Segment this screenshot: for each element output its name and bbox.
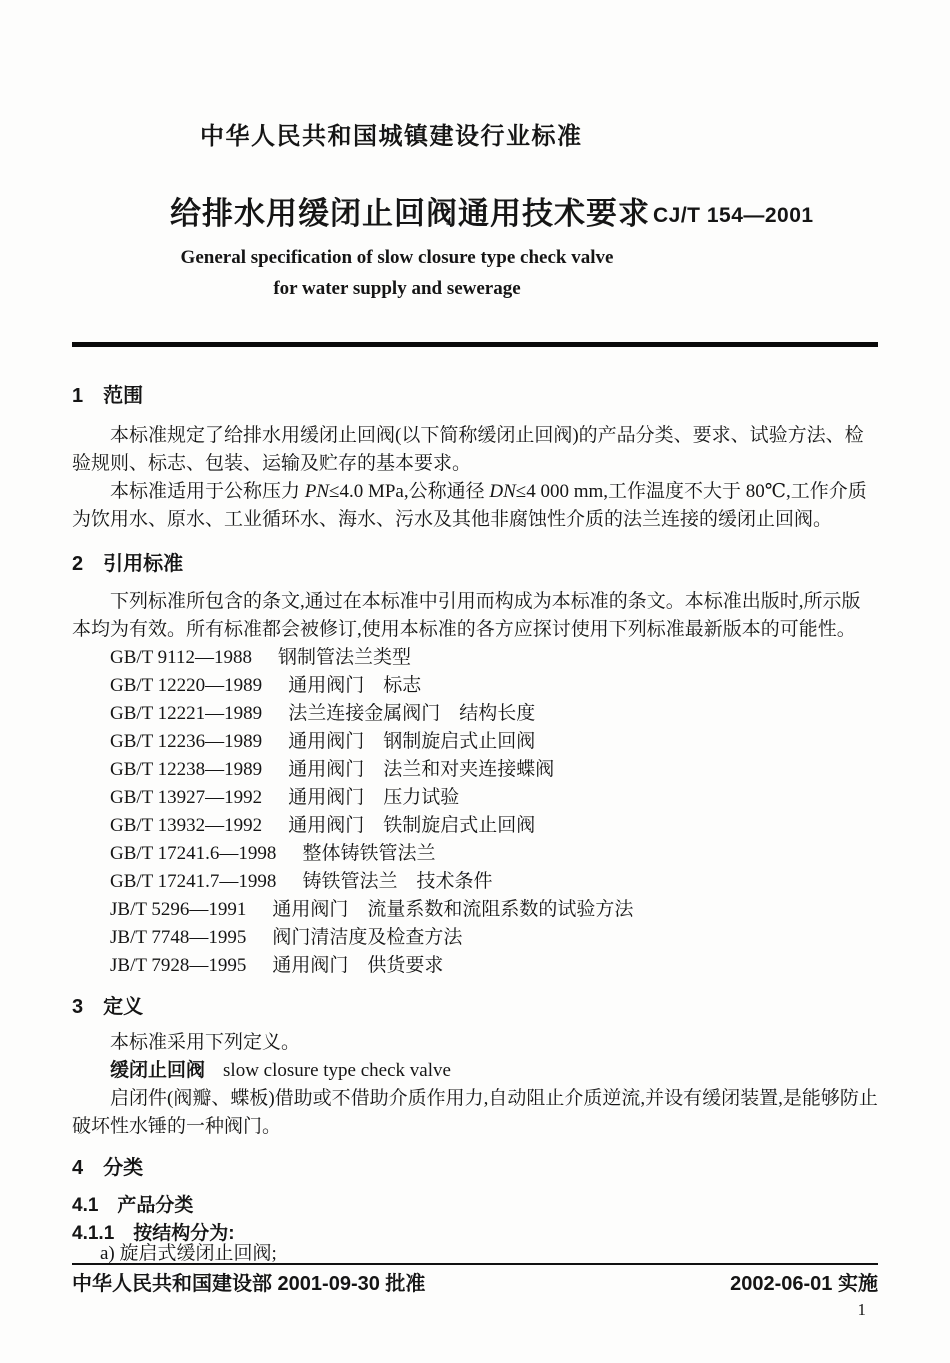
section-heading-references: 2 引用标准: [72, 550, 878, 578]
scope-p2-part2: ≤4.0 MPa,公称通径: [329, 481, 489, 502]
reference-code: JB/T 5296—1991: [110, 899, 246, 920]
reference-item: GB/T 12220—1989通用阀门 标志: [110, 672, 878, 700]
document-title-en-line2: for water supply and sewerage: [72, 278, 722, 300]
definition-term-cn: 缓闭止回阀: [110, 1060, 205, 1081]
definitions-intro: 本标准采用下列定义。: [72, 1029, 878, 1057]
reference-item: GB/T 13932—1992通用阀门 铁制旋启式止回阀: [110, 812, 878, 840]
reference-item: GB/T 17241.7—1998铸铁管法兰 技术条件: [110, 868, 878, 896]
standard-category-line: 中华人民共和国城镇建设行业标准: [200, 116, 583, 151]
reference-item: GB/T 13927—1992通用阀门 压力试验: [110, 784, 878, 812]
reference-title: 通用阀门 铁制旋启式止回阀: [288, 815, 535, 836]
reference-title: 整体铸铁管法兰: [302, 843, 435, 864]
reference-title: 通用阀门 压力试验: [288, 787, 459, 808]
reference-title: 通用阀门 标志: [288, 675, 421, 696]
references-list: GB/T 9112—1988钢制管法兰类型 GB/T 12220—1989通用阀…: [110, 644, 878, 980]
reference-item: GB/T 12238—1989通用阀门 法兰和对夹连接蝶阀: [110, 756, 878, 784]
symbol-dn: DN: [489, 481, 515, 502]
reference-item: JB/T 5296—1991通用阀门 流量系数和流阻系数的试验方法: [110, 896, 878, 924]
scope-paragraph-2: 本标准适用于公称压力 PN≤4.0 MPa,公称通径 DN≤4 000 mm,工…: [72, 478, 878, 534]
reference-item: GB/T 12236—1989通用阀门 钢制旋启式止回阀: [110, 728, 878, 756]
reference-code: GB/T 12238—1989: [110, 759, 262, 780]
footer-row: 中华人民共和国建设部 2001-09-30 批准 2002-06-01 实施: [72, 1270, 878, 1298]
reference-item: GB/T 9112—1988钢制管法兰类型: [110, 644, 878, 672]
definition-term-en: slow closure type check valve: [223, 1060, 451, 1081]
reference-title: 通用阀门 供货要求: [272, 955, 443, 976]
reference-code: GB/T 12220—1989: [110, 675, 262, 696]
reference-code: GB/T 17241.6—1998: [110, 843, 276, 864]
reference-code: GB/T 9112—1988: [110, 647, 252, 668]
reference-title: 阀门清洁度及检查方法: [272, 927, 462, 948]
reference-title: 法兰连接金属阀门 结构长度: [288, 703, 535, 724]
reference-item: JB/T 7928—1995通用阀门 供货要求: [110, 952, 878, 980]
subsection-4-1: 4.1 产品分类: [72, 1192, 878, 1220]
reference-item: JB/T 7748—1995阀门清洁度及检查方法: [110, 924, 878, 952]
implementation-notice: 2002-06-01 实施: [730, 1270, 878, 1298]
scope-p2-part1: 本标准适用于公称压力: [110, 481, 305, 502]
approval-notice: 中华人民共和国建设部 2001-09-30 批准: [72, 1270, 425, 1298]
reference-code: JB/T 7928—1995: [110, 955, 246, 976]
reference-code: GB/T 13932—1992: [110, 815, 262, 836]
section-heading-definitions: 3 定义: [72, 993, 878, 1021]
reference-title: 通用阀门 钢制旋启式止回阀: [288, 731, 535, 752]
section-heading-scope: 1 范围: [72, 382, 878, 410]
reference-code: JB/T 7748—1995: [110, 927, 246, 948]
definition-term-line: 缓闭止回阀slow closure type check valve: [72, 1057, 878, 1085]
reference-code: GB/T 12221—1989: [110, 703, 262, 724]
document-title-cn: 给排水用缓闭止回阀通用技术要求: [170, 188, 650, 233]
reference-title: 通用阀门 法兰和对夹连接蝶阀: [288, 759, 554, 780]
standard-code: CJ/T 154—2001: [653, 204, 814, 228]
references-intro: 下列标准所包含的条文,通过在本标准中引用而构成为本标准的条文。本标准出版时,所示…: [72, 588, 878, 644]
footer-divider-rule: [72, 1263, 878, 1265]
reference-code: GB/T 12236—1989: [110, 731, 262, 752]
symbol-pn: PN: [305, 481, 329, 502]
reference-title: 铸铁管法兰 技术条件: [302, 871, 492, 892]
reference-title: 钢制管法兰类型: [278, 647, 411, 668]
reference-code: GB/T 17241.7—1998: [110, 871, 276, 892]
page-number: 1: [858, 1300, 867, 1320]
reference-code: GB/T 13927—1992: [110, 787, 262, 808]
scope-paragraph-1: 本标准规定了给排水用缓闭止回阀(以下简称缓闭止回阀)的产品分类、要求、试验方法、…: [72, 422, 878, 478]
header-divider-rule: [72, 342, 878, 347]
definition-body: 启闭件(阀瓣、蝶板)借助或不借助介质作用力,自动阻止介质逆流,并设有缓闭装置,是…: [72, 1085, 878, 1141]
document-title-en-line1: General specification of slow closure ty…: [72, 247, 722, 269]
reference-item: GB/T 17241.6—1998整体铸铁管法兰: [110, 840, 878, 868]
reference-title: 通用阀门 流量系数和流阻系数的试验方法: [272, 899, 633, 920]
document-page: 中华人民共和国城镇建设行业标准 给排水用缓闭止回阀通用技术要求 CJ/T 154…: [0, 0, 950, 1363]
document-body: 1 范围 本标准规定了给排水用缓闭止回阀(以下简称缓闭止回阀)的产品分类、要求、…: [72, 382, 878, 1268]
section-heading-classification: 4 分类: [72, 1154, 878, 1182]
reference-item: GB/T 12221—1989法兰连接金属阀门 结构长度: [110, 700, 878, 728]
